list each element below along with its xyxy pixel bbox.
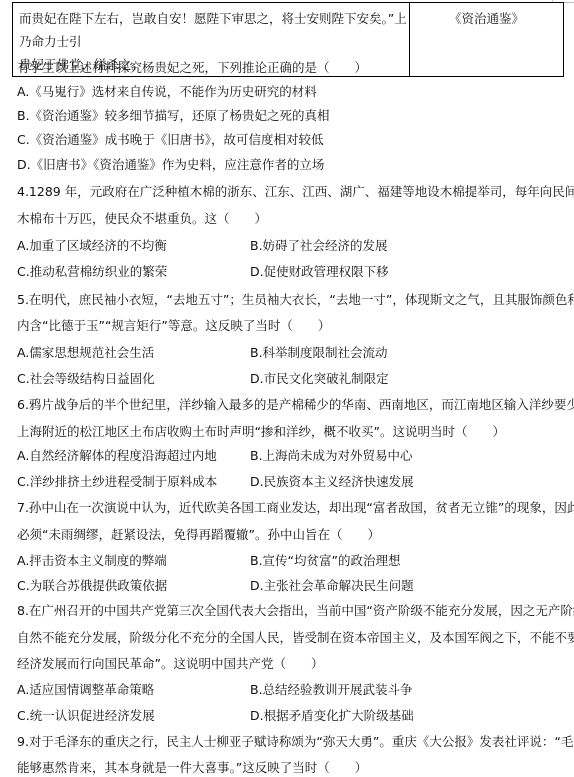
q4-option-a[interactable]: A.加重了区域经济的不均衡 <box>17 238 167 254</box>
q5-stem-line-2: 内含“比德于玉”“规言矩行”等意。这反映了当时（ ） <box>17 318 330 334</box>
q4-option-b[interactable]: B.妨碍了社会经济的发展 <box>250 238 388 254</box>
page-edge-rule <box>563 2 574 3</box>
q3-option-b[interactable]: B.《资治通鉴》较多细节描写，还原了杨贵妃之死的真相 <box>17 108 330 124</box>
q8-stem-line-2: 自然不能充分发展，阶级分化不充分的全国人民，皆受制在资本帝国主义，及本国军阀之下… <box>17 630 574 646</box>
q6-option-a[interactable]: A.自然经济解体的程度沿海超过内地 <box>17 448 217 464</box>
q4-stem-line-1: 4.1289 年，元政府在广泛种植木棉的浙东、江东、江西、湖广、福建等地设木棉提… <box>17 184 574 200</box>
q9-stem-line-2: 能够惠然肯来，其本身就是一件大喜事。”这反映了当时（ ） <box>17 760 367 776</box>
q7-stem-line-2: 必须“未雨绸缪，赶紧设法，免得再蹈覆辙”。孙中山旨在（ ） <box>17 527 380 543</box>
q8-option-b[interactable]: B.总结经验教训开展武装斗争 <box>250 682 413 698</box>
q3-option-c[interactable]: C.《资治通鉴》成书晚于《旧唐书》，故可信度相对较低 <box>17 132 323 148</box>
q9-stem-line-1: 9.对于毛泽东的重庆之行，民主人士柳亚子赋诗称颂为“弥天大勇”。重庆《大公报》发… <box>17 734 574 750</box>
q4-stem-line-2: 木棉布十万匹，使民众不堪重负。这（ ） <box>17 211 267 227</box>
q3-stem: 有学生以上述材料探究杨贵妃之死，下列推论正确的是（ ） <box>17 60 367 76</box>
q8-stem-line-3: 经济发展而行向国民革命”。这说明中国共产党（ ） <box>17 656 323 672</box>
q6-option-d[interactable]: D.民族资本主义经济快速发展 <box>250 474 414 490</box>
q7-option-d[interactable]: D.主张社会革命解决民生问题 <box>250 578 414 594</box>
quote-line-1: 而贵妃在陛下左右，岂敢自安！愿陛下审思之，将士安则陛下安矣。”上乃命力士引 <box>19 7 409 53</box>
q5-option-b[interactable]: B.科举制度限制社会流动 <box>250 345 388 361</box>
q5-option-c[interactable]: C.社会等级结构日益固化 <box>17 371 155 387</box>
q8-stem-line-1: 8.在广州召开的中国共产党第三次全国代表大会指出，当前中国“资产阶级不能充分发展… <box>17 603 574 619</box>
q8-option-c[interactable]: C.统一认识促进经济发展 <box>17 708 155 724</box>
q6-stem-line-1: 6.鸦片战争后的半个世纪里，洋纱输入最多的是产棉稀少的华南、西南地区，而江南地区… <box>17 397 574 413</box>
q5-option-d[interactable]: D.市民文化突破礼制限定 <box>250 371 389 387</box>
q8-option-d[interactable]: D.根据矛盾变化扩大阶级基础 <box>250 708 414 724</box>
q7-stem-line-1: 7.孙中山在一次演说中认为，近代欧美各国工商业发达，却出现“富者敌国，贫者无立锥… <box>17 500 574 516</box>
q6-option-b[interactable]: B.上海尚未成为对外贸易中心 <box>250 448 413 464</box>
q3-option-d[interactable]: D.《旧唐书》《资治通鉴》作为史料，应注意作者的立场 <box>17 157 324 173</box>
q4-option-d[interactable]: D.促使财政管理权限下移 <box>250 264 389 280</box>
q7-option-c[interactable]: C.为联合苏俄提供政策依据 <box>17 578 167 594</box>
q3-option-a[interactable]: A.《马嵬行》选材来自传说，不能作为历史研究的材料 <box>17 84 317 100</box>
q7-option-b[interactable]: B.宣传“均贫富”的政治理想 <box>250 553 401 569</box>
q8-option-a[interactable]: A.适应国情调整革命策略 <box>17 682 154 698</box>
source-cell: 《资治通鉴》 <box>410 3 564 77</box>
source-title: 《资治通鉴》 <box>449 11 524 26</box>
q7-option-a[interactable]: A.抨击资本主义制度的弊端 <box>17 553 167 569</box>
q4-option-c[interactable]: C.推动私营棉纺织业的繁荣 <box>17 264 167 280</box>
q6-stem-line-2: 上海附近的松江地区土布店收购土布时声明“掺和洋纱，概不收买”。这说明当时（ ） <box>17 424 505 440</box>
q5-option-a[interactable]: A.儒家思想规范社会生活 <box>17 345 154 361</box>
q5-stem-line-1: 5.在明代，庶民袖小衣短，“去地五寸”；生员袖大衣长，“去地一寸”，体现斯文之气… <box>17 292 574 308</box>
q6-option-c[interactable]: C.洋纱排挤土纱进程受制于原料成本 <box>17 474 217 490</box>
